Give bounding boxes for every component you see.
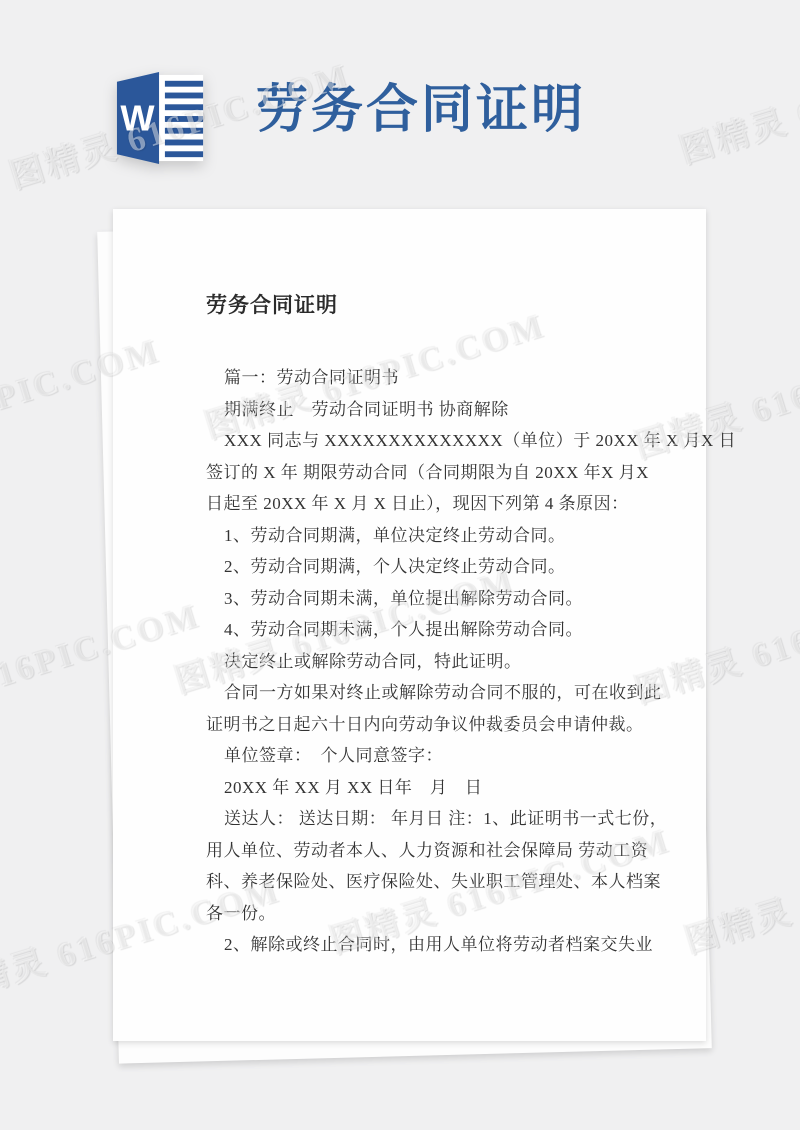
document-line: 日起至 20XX 年 X 月 X 日止），现因下列第 4 条原因： — [206, 488, 628, 520]
document-line: 2、劳动合同期满，个人决定终止劳动合同。 — [206, 551, 628, 583]
document-line: 4、劳动合同期未满，个人提出解除劳动合同。 — [206, 614, 628, 646]
document-line: 送达人： 送达日期： 年月日 注：1、此证明书一式七份， — [206, 803, 628, 835]
page-title: 劳务合同证明 — [256, 78, 586, 144]
document-line: 单位签章： 个人同意签字： — [206, 740, 628, 772]
document-line: 证明书之日起六十日内向劳动争议仲裁委员会申请仲裁。 — [206, 709, 628, 741]
document-line: 科、养老保险处、医疗保险处、失业职工管理处、本人档案 — [206, 866, 628, 898]
document-line: 各一份。 — [206, 898, 628, 930]
document-line: 决定终止或解除劳动合同，特此证明。 — [206, 646, 628, 678]
word-icon: W — [115, 70, 207, 166]
page-header: W 劳务合同证明 — [0, 0, 800, 200]
document-line: 3、劳动合同期未满，单位提出解除劳动合同。 — [206, 583, 628, 615]
word-icon-letter: W — [120, 98, 155, 139]
document-line: 用人单位、劳动者本人、人力资源和社会保障局 劳动工资 — [206, 835, 628, 867]
document-body: 篇一：劳动合同证明书期满终止 劳动合同证明书 协商解除XXX 同志与 XXXXX… — [206, 362, 628, 961]
document-line: 篇一：劳动合同证明书 — [206, 362, 628, 394]
document-line: 1、劳动合同期满，单位决定终止劳动合同。 — [206, 520, 628, 552]
document-heading: 劳务合同证明 — [206, 293, 628, 319]
document-page: 劳务合同证明 篇一：劳动合同证明书期满终止 劳动合同证明书 协商解除XXX 同志… — [113, 209, 706, 1041]
document-line: 合同一方如果对终止或解除劳动合同不服的，可在收到此 — [206, 677, 628, 709]
document-line: 20XX 年 XX 月 XX 日年 月 日 — [206, 772, 628, 804]
document-line: 期满终止 劳动合同证明书 协商解除 — [206, 394, 628, 426]
document-line: 2、解除或终止合同时，由用人单位将劳动者档案交失业 — [206, 929, 628, 961]
document-line: 签订的 X 年 期限劳动合同（合同期限为自 20XX 年X 月X — [206, 457, 628, 489]
document-line: XXX 同志与 XXXXXXXXXXXXXX（单位）于 20XX 年 X 月X … — [206, 425, 628, 457]
